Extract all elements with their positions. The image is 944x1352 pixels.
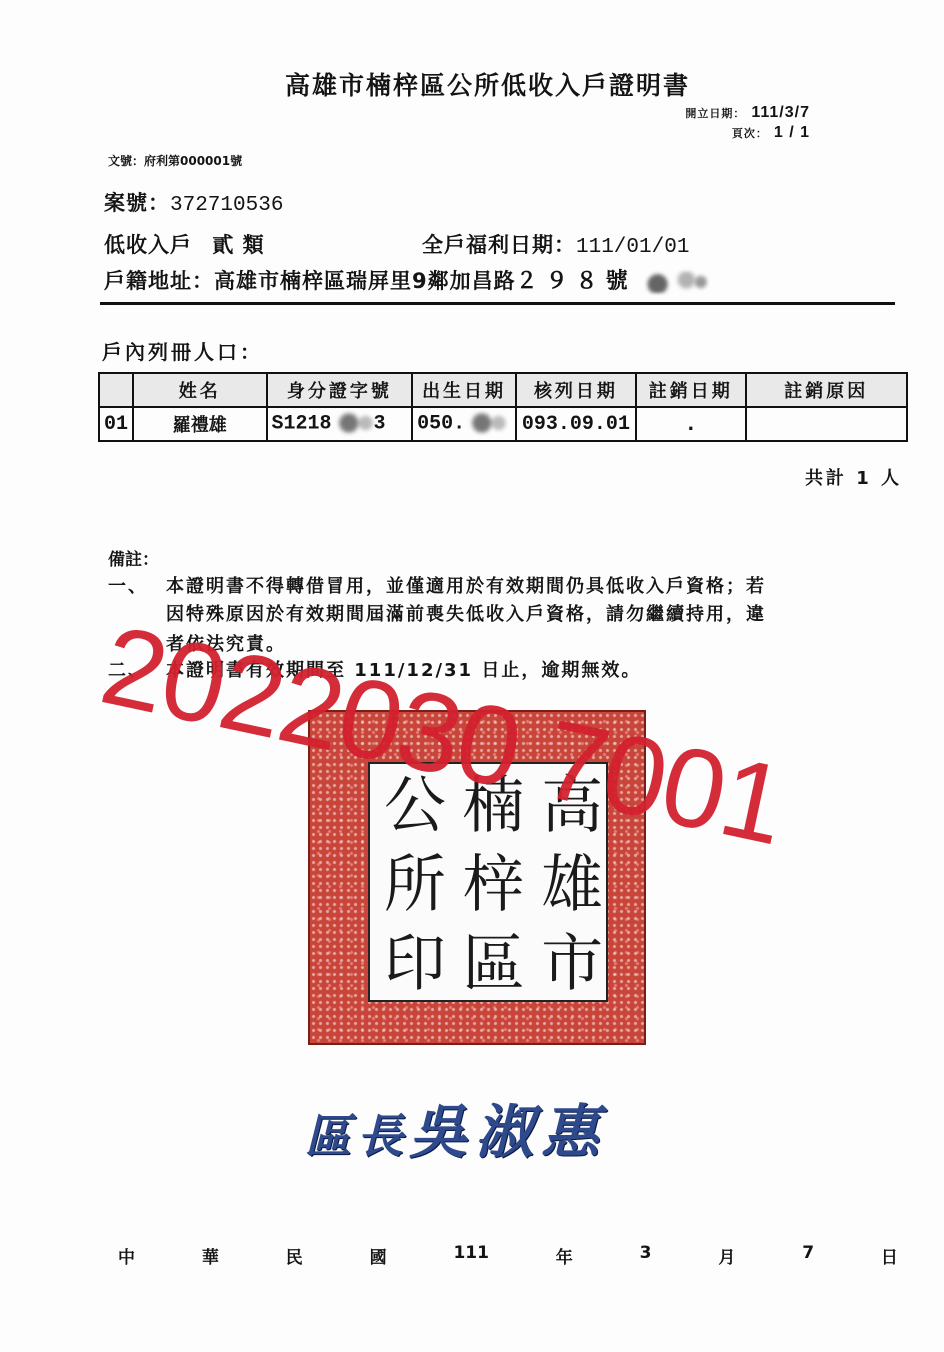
welfare-date-label: 全戶福利日期： <box>422 233 576 257</box>
seal-char: 梓 <box>449 843 528 922</box>
seal-char: 區 <box>449 921 528 1000</box>
issue-date: 開立日期：111/3/7 <box>685 104 810 122</box>
col-name: 姓名 <box>133 373 267 407</box>
category-label: 低收入戶 <box>104 233 192 257</box>
household-total: 共計 1 人 <box>805 464 902 490</box>
seal-char: 印 <box>370 921 449 1000</box>
footer-date-part: 月 <box>718 1243 735 1268</box>
row-enrolled-date: 093.09.01 <box>516 407 636 441</box>
row-cancel-date: . <box>636 407 746 441</box>
row-cancel-reason <box>746 407 907 441</box>
case-number: 372710536 <box>170 194 283 217</box>
col-id-number: 身分證字號 <box>267 373 413 407</box>
divider <box>100 302 895 305</box>
note-item-1: 一、本證明書不得轉借冒用，並僅適用於有效期間仍具低收入戶資格；若 <box>108 572 766 598</box>
household-section-title: 戶內列冊人口： <box>102 336 263 365</box>
footer-date-part: 中 <box>118 1243 135 1268</box>
case-number-line: 案號：372710536 <box>104 187 283 217</box>
footer-date-part: 年 <box>556 1243 573 1268</box>
footer-date-part: 7 <box>802 1243 814 1268</box>
note-number: 一、 <box>108 572 166 598</box>
birth-visible: 050. <box>417 413 465 436</box>
footer-date-part: 華 <box>202 1243 219 1268</box>
row-name: 羅禮雄 <box>133 407 267 441</box>
issue-date-label: 開立日期： <box>685 107 745 120</box>
seal-char: 雄 <box>527 843 606 922</box>
note-item-1-line-2: 因特殊原因於有效期間屆滿前喪失低收入戶資格，請勿繼續持用，違 <box>166 600 766 626</box>
chief-signature: 區長吳淑惠 <box>305 1085 607 1169</box>
note-line: 本證明書不得轉借冒用，並僅適用於有效期間仍具低收入戶資格；若 <box>166 576 766 597</box>
case-label: 案號： <box>104 191 170 215</box>
footer-date-part: 3 <box>640 1243 652 1268</box>
col-cancel-reason: 註銷原因 <box>746 373 907 407</box>
document-title: 高雄市楠梓區公所低收入戶證明書 <box>285 66 690 102</box>
address-line: 戶籍地址：高雄市楠梓區瑞屏里9鄰加昌路２９８號 <box>104 264 708 295</box>
category-value: 貳 類 <box>212 233 264 257</box>
col-enrolled-date: 核列日期 <box>516 373 636 407</box>
footer-date-part: 民 <box>286 1243 303 1268</box>
address-number: ２９８號 <box>516 269 636 294</box>
page-value: 1 / 1 <box>774 124 810 141</box>
row-index: 01 <box>99 407 133 441</box>
notes-heading: 備註： <box>108 545 159 570</box>
table-row: 01 羅禮雄 S12183 050. 093.09.01 . <box>99 407 907 441</box>
issue-date-value: 111/3/7 <box>751 104 810 121</box>
id-visible: S1218 <box>272 413 332 436</box>
welfare-date: 111/01/01 <box>576 236 689 259</box>
table-header-row: 姓名 身分證字號 出生日期 核列日期 註銷日期 註銷原因 <box>99 373 907 407</box>
doc-number: 文號：府利第000001號 <box>108 152 242 169</box>
address-text: 高雄市楠梓區瑞屏里9鄰加昌路 <box>214 269 516 293</box>
seal-char: 所 <box>370 843 449 922</box>
redaction-mark <box>636 271 708 293</box>
category-line: 低收入戶 貳 類 <box>104 229 265 259</box>
seal-char: 市 <box>527 921 606 1000</box>
signature-title: 區長 <box>305 1109 409 1163</box>
address-label: 戶籍地址： <box>104 269 214 293</box>
col-cancel-date: 註銷日期 <box>636 373 746 407</box>
footer-date: 中 華 民 國 111 年 3 月 7 日 <box>118 1243 898 1268</box>
col-birth-date: 出生日期 <box>412 373 516 407</box>
redaction-mark <box>332 412 374 434</box>
footer-date-part: 國 <box>370 1243 387 1268</box>
household-table: 姓名 身分證字號 出生日期 核列日期 註銷日期 註銷原因 01 羅禮雄 S121… <box>98 372 908 442</box>
row-birth-date: 050. <box>412 407 516 441</box>
welfare-date-line: 全戶福利日期：111/01/01 <box>422 229 689 259</box>
row-id-number: S12183 <box>267 407 413 441</box>
col-index <box>99 373 133 407</box>
page-indicator: 頁次：1 / 1 <box>732 124 810 142</box>
page-label: 頁次： <box>732 127 768 140</box>
signature-name: 吳淑惠 <box>409 1098 607 1166</box>
id-tail: 3 <box>374 413 386 436</box>
redaction-mark <box>465 412 507 434</box>
footer-date-part: 111 <box>453 1243 489 1268</box>
footer-date-part: 日 <box>881 1243 898 1268</box>
